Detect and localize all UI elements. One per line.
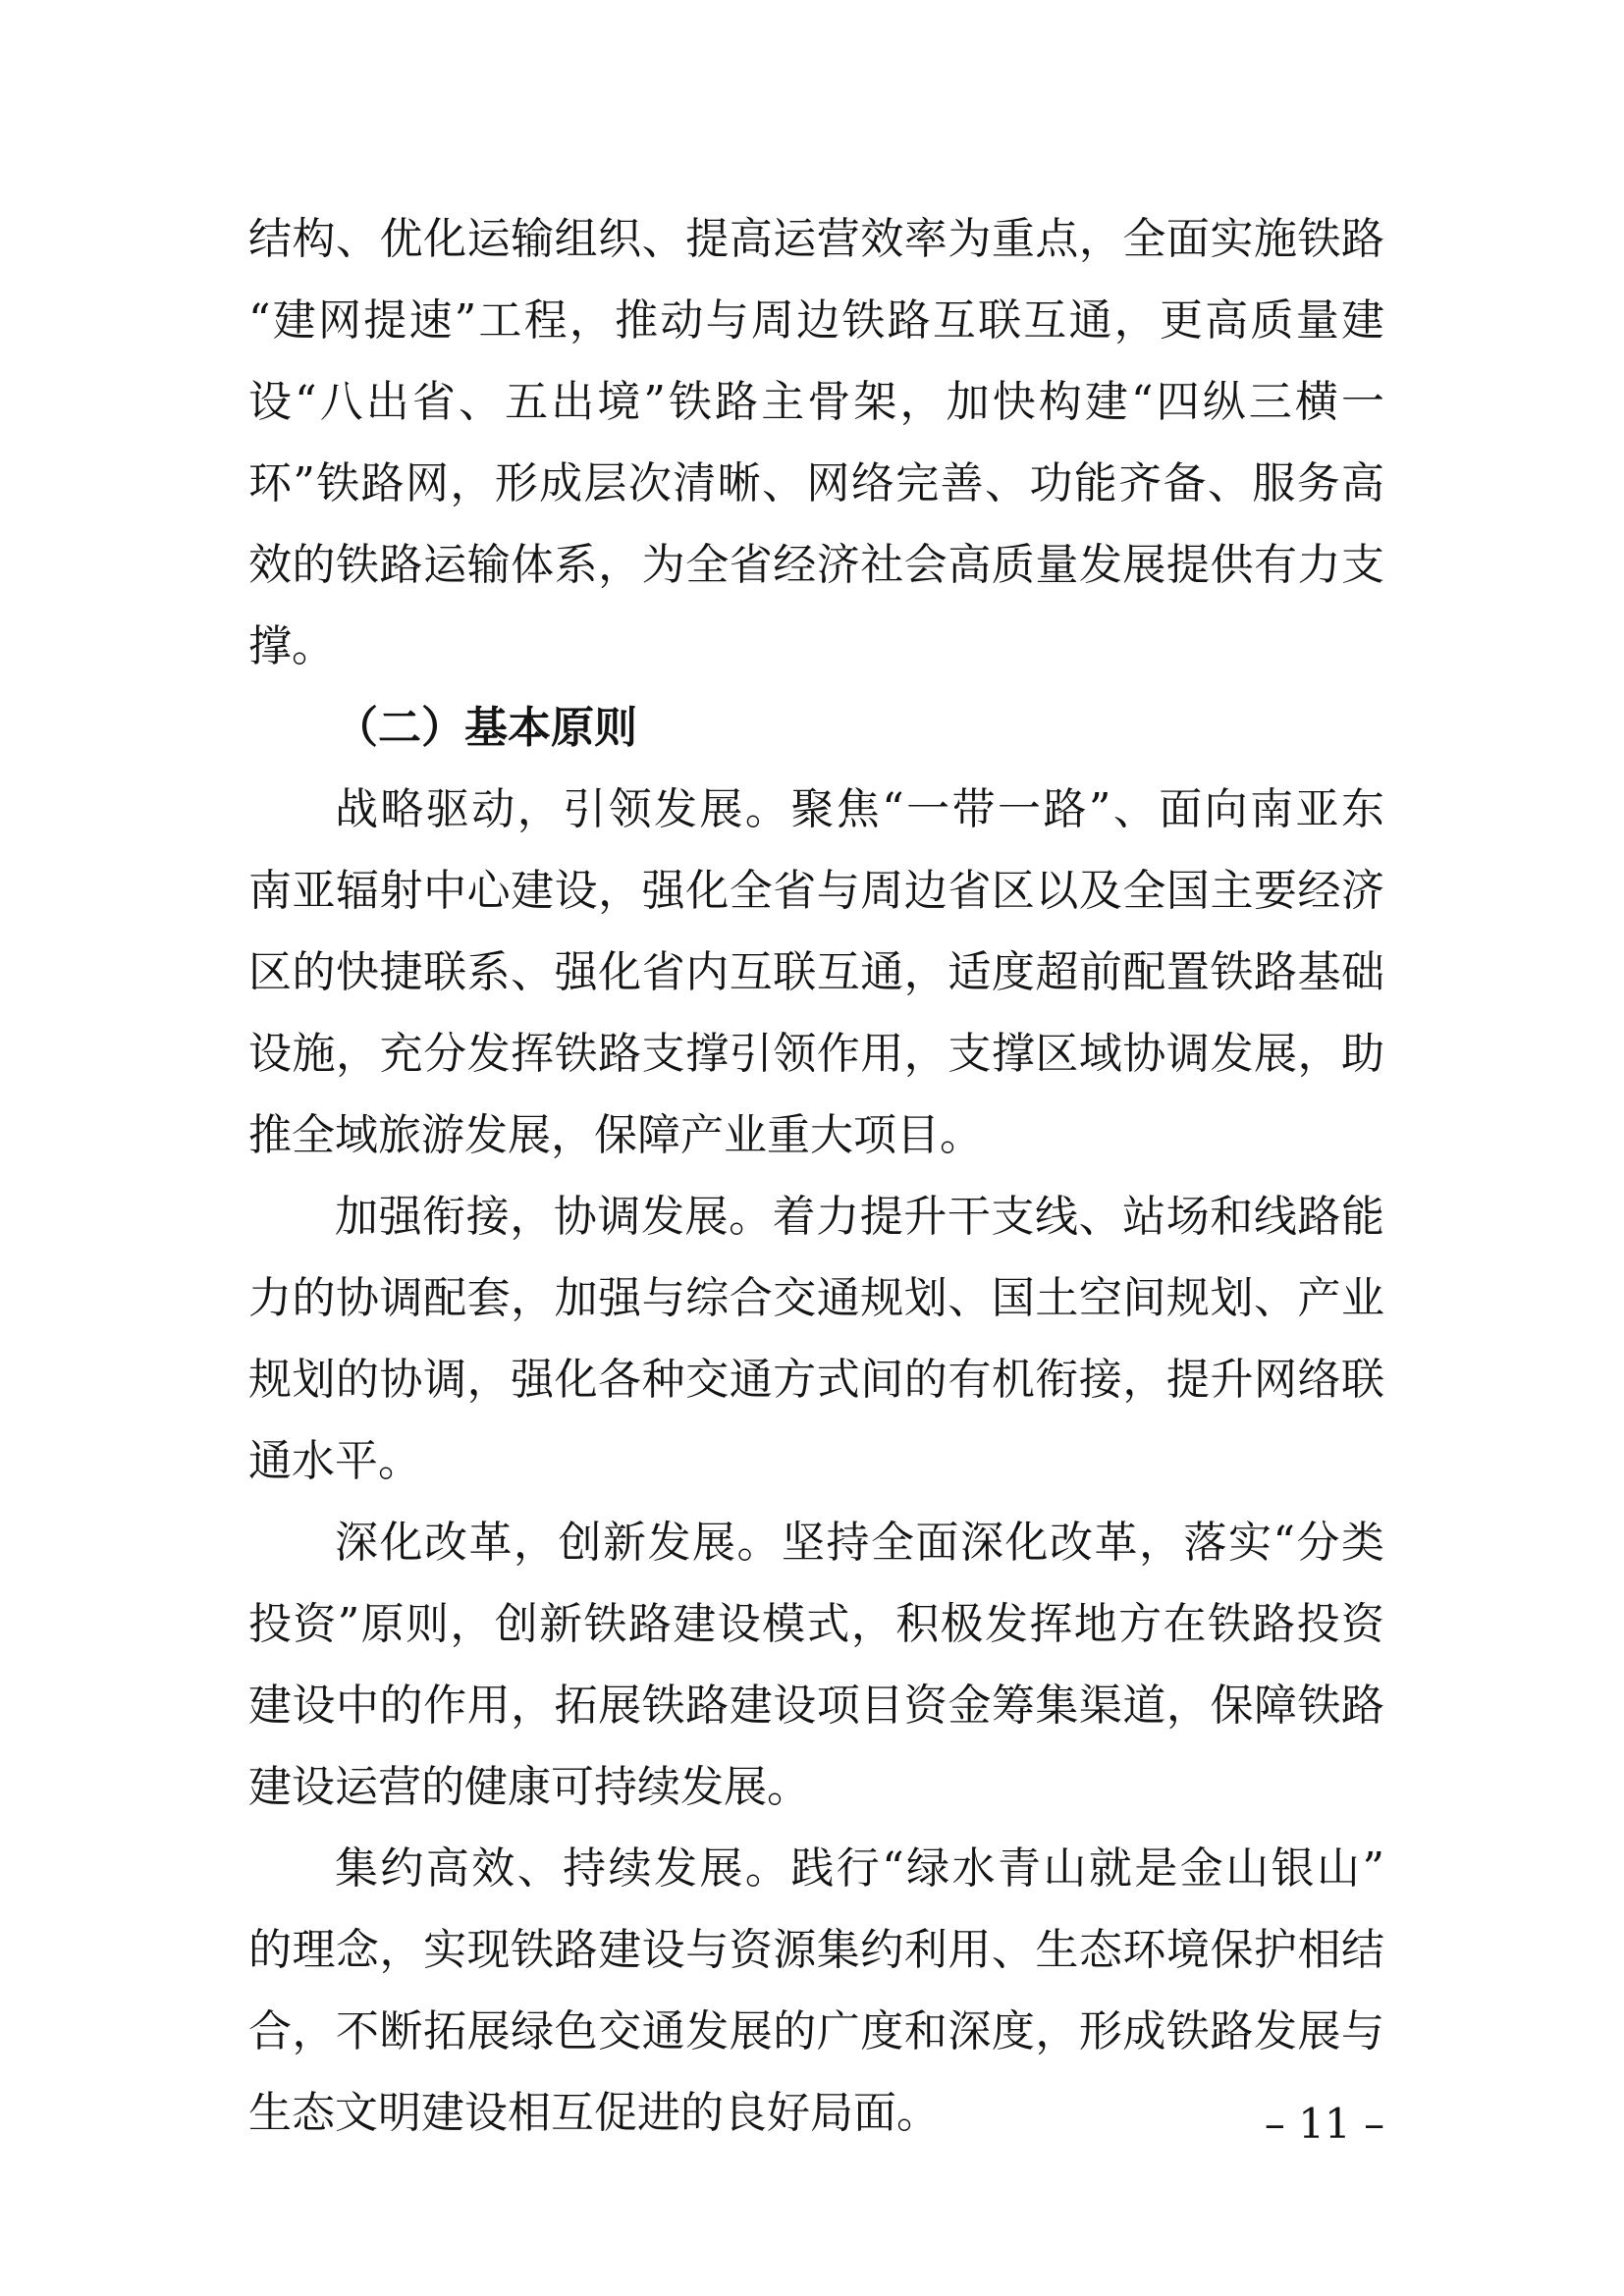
text-line: 通水平。	[248, 1420, 1384, 1502]
text-line: 设施，充分发挥铁路支撑引领作用，支撑区域协调发展，助	[248, 1013, 1384, 1095]
text-line: 投资”原则，创新铁路建设模式，积极发挥地方在铁路投资	[248, 1583, 1384, 1665]
text-line: 战略驱动，引领发展。聚焦“一带一路”、面向南亚东	[248, 769, 1384, 850]
document-page: 结构、优化运输组织、提高运营效率为重点，全面实施铁路“建网提速”工程，推动与周边…	[0, 0, 1624, 2296]
text-line: 深化改革，创新发展。坚持全面深化改革，落实“分类	[248, 1502, 1384, 1583]
text-line: 撑。	[248, 606, 1384, 687]
text-line: 力的协调配套，加强与综合交通规划、国土空间规划、产业	[248, 1257, 1384, 1339]
text-line: 生态文明建设相互促进的良好局面。	[248, 2072, 1384, 2154]
text-line: 推全域旅游发展，保障产业重大项目。	[248, 1095, 1384, 1176]
text-line: 的理念，实现铁路建设与资源集约利用、生态环境保护相结	[248, 1909, 1384, 1991]
page-number: – 11 –	[1261, 2101, 1388, 2148]
text-line: 建设运营的健康可持续发展。	[248, 1746, 1384, 1828]
text-line: 加强衔接，协调发展。着力提升干支线、站场和线路能	[248, 1176, 1384, 1257]
text-line: 南亚辐射中心建设，强化全省与周边省区以及全国主要经济	[248, 850, 1384, 932]
text-line: 建设中的作用，拓展铁路建设项目资金筹集渠道，保障铁路	[248, 1665, 1384, 1746]
text-line: 环”铁路网，形成层次清晰、网络完善、功能齐备、服务高	[248, 443, 1384, 524]
text-line: 设“八出省、五出境”铁路主骨架，加快构建“四纵三横一	[248, 361, 1384, 443]
text-line: 结构、优化运输组织、提高运营效率为重点，全面实施铁路	[248, 198, 1384, 280]
text-line: “建网提速”工程，推动与周边铁路互联互通，更高质量建	[248, 280, 1384, 361]
text-line: 区的快捷联系、强化省内互联互通，适度超前配置铁路基础	[248, 932, 1384, 1013]
text-line: 规划的协调，强化各种交通方式间的有机衔接，提升网络联	[248, 1339, 1384, 1420]
document-body: 结构、优化运输组织、提高运营效率为重点，全面实施铁路“建网提速”工程，推动与周边…	[248, 198, 1384, 2154]
section-heading: （二）基本原则	[248, 687, 1384, 769]
text-line: 集约高效、持续发展。践行“绿水青山就是金山银山”	[248, 1828, 1384, 1909]
text-line: 效的铁路运输体系，为全省经济社会高质量发展提供有力支	[248, 524, 1384, 606]
text-line: 合，不断拓展绿色交通发展的广度和深度，形成铁路发展与	[248, 1991, 1384, 2072]
